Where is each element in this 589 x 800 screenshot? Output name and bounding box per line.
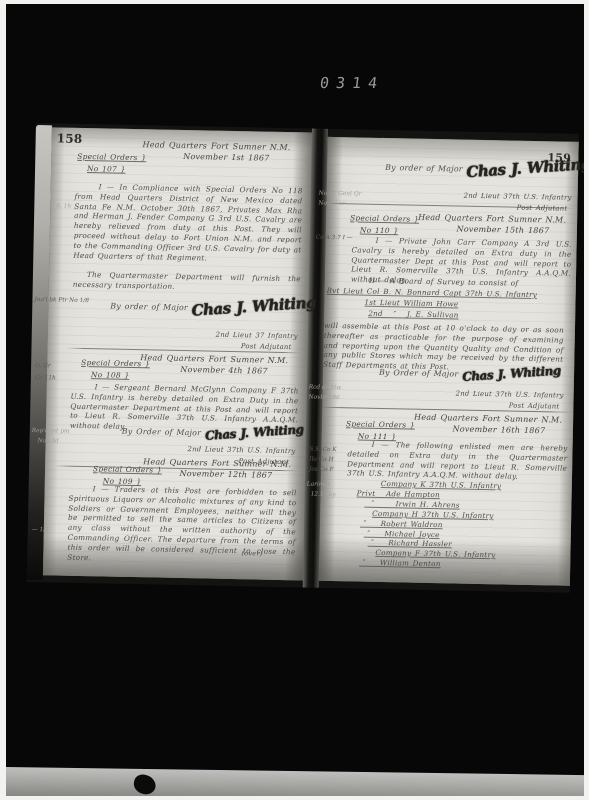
order-111-so-label: Special Orders } [346, 419, 415, 429]
table-edge-strip [6, 767, 584, 796]
order-110-sig-title: Post Adjutant [509, 402, 560, 411]
roster-name: ″ William Denton [359, 558, 441, 569]
pencil-note: Novbr nr [318, 201, 345, 208]
pencil-note: — 1/3 [32, 527, 49, 533]
board-member: 2nd ″ J. E. Sullivan [368, 309, 458, 320]
pencil-note: O. Gr [35, 363, 51, 369]
carryover-sig-rank: 2nd Lieut 37th U.S. Infantry [464, 192, 572, 202]
roster-name: ″ Irwin H. Ahrens [364, 499, 459, 510]
whiting-signature: Chas J. Whiting [191, 293, 317, 319]
order-110-date: November 15th 1867 [438, 224, 568, 236]
pencil-note: Ila Co H [309, 457, 333, 463]
page-159: 159 By order of Major Chas J. Whiting 2n… [319, 137, 579, 586]
pencil-note: No 91 Genl Qr [319, 191, 362, 198]
by-order-text: By Order of Major [379, 368, 458, 379]
shadow-blob [132, 773, 158, 796]
order-108-so-label: Special Orders } [81, 358, 150, 368]
order-107-by-order: By order of Major Chas J. Whiting [110, 295, 316, 317]
order-107-body: I — In Compliance with Special Orders No… [73, 182, 303, 265]
frame-counter-stamp: 0314 [319, 74, 385, 92]
by-order-text: By order of Major [385, 163, 463, 174]
tail-ink-mark: 1840 [502, 570, 518, 576]
whiting-signature: Chas J. Whiting [205, 422, 304, 443]
order-107-body2: The Quartermaster Department will furnis… [73, 270, 301, 294]
order-108-by-order: By Order of Major Chas J. Whiting [122, 423, 304, 441]
order-111-date: November 16th 1867 [434, 424, 564, 436]
roster-name: ″ Richard Hassler [368, 538, 452, 549]
by-order-text: By order of Major [110, 302, 188, 313]
pencil-note: S.S. Co K [309, 447, 336, 454]
order-111-body: I — The following enlisted men are hereb… [347, 439, 568, 483]
scanned-ledger-photo: 0314 158 Head Quarters Fort Sumner N.M. … [0, 0, 589, 800]
by-order-text: By Order of Major [122, 427, 201, 438]
roster-name: Privt Ade Hampton [357, 489, 440, 500]
page-number: 158 [57, 131, 83, 146]
order-110-by-order: By Order of Major Chas J. Whiting [379, 364, 561, 382]
pencil-note: Larimer [307, 482, 331, 488]
roster-name: ″ Robert Waldron [360, 519, 443, 530]
board-member: 1st Lieut William Howe [364, 298, 458, 309]
order-108-sig-rank: 2nd Lieut 37th U.S. Infantry [187, 445, 295, 455]
order-109-so-label: Special Orders } [93, 464, 162, 474]
order-108-heading: Head Quarters Fort Sumner N.M. [131, 353, 297, 365]
scanner-background: 0314 158 Head Quarters Fort Sumner N.M. … [6, 4, 584, 796]
over-note: (over) [241, 549, 262, 557]
order-108-so-number: No 108 } [91, 370, 130, 380]
order-107-so-number: No 107 } [87, 164, 126, 174]
pencil-note: Co 11h [35, 375, 56, 381]
ledger-book: 158 Head Quarters Fort Sumner N.M. Novem… [27, 123, 579, 593]
order-109-date: November 12th 1867 [161, 469, 291, 481]
page-158: 158 Head Quarters Fort Sumner N.M. Novem… [43, 127, 312, 580]
pencil-note: Co A 3.7 I — [316, 235, 353, 242]
pencil-note: Rep'd int pm [32, 428, 70, 435]
pencil-note: 6. 1h [56, 203, 71, 209]
order-107-sig-rank: 2nd Lieut 37 Infantry [216, 331, 298, 341]
pencil-note: Nov 3d [38, 438, 59, 444]
whiting-signature: Chas J. Whiting [466, 155, 584, 181]
order-107-so-label: Special Orders } [77, 152, 146, 162]
order-107-heading: Head Quarters Fort Sumner N.M. [131, 140, 301, 152]
order-110-so-label: Special Orders } [350, 213, 419, 223]
order-111-heading: Head Quarters Fort Sumner N.M. [408, 413, 568, 425]
order-108-date: November 4th 1867 [159, 365, 289, 377]
whiting-signature: Chas J. Whiting [462, 363, 561, 384]
order-107-date: November 1st 1867 [161, 152, 291, 164]
pencil-note: Jno'l bk Ptr No 1/8 [34, 297, 89, 304]
pencil-note: Jos Co F [309, 467, 334, 473]
order-110-sig-rank: 2nd Lieut 37th U.S. Infantry [456, 389, 564, 399]
order-110-heading: Head Quarters Fort Sumner N.M. [412, 213, 572, 225]
order-107-sig-title: Post Adjutant [241, 342, 292, 351]
carryover-by-order: By order of Major Chas J. Whiting [385, 156, 584, 178]
order-110-so-number: No 110 } [360, 226, 399, 236]
pencil-note: Novbr 186 [308, 395, 339, 402]
pencil-note: Rcd dn Hw [309, 385, 342, 392]
pencil-note: 12.14.ky [311, 492, 336, 499]
